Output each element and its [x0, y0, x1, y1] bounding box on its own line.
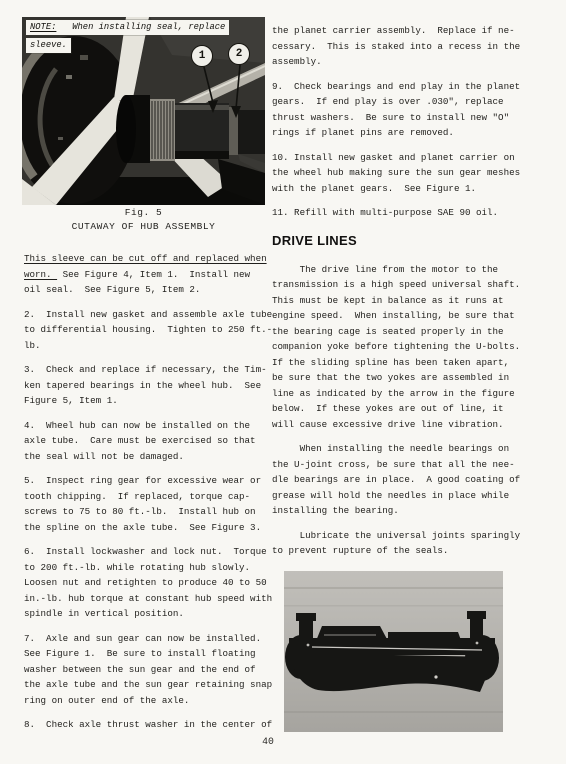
step-paragraph-5: 5. Inspect ring gear for excessive wear …: [24, 473, 280, 535]
note-label: NOTE:: [30, 22, 56, 32]
step-paragraph-10: 10. Install new gasket and planet carrie…: [272, 150, 534, 197]
step-paragraph-8: 8. Check axle thrust washer in the cente…: [24, 717, 280, 733]
drive-shaft-photo: [284, 571, 503, 732]
section-heading-drive-lines: DRIVE LINES: [272, 233, 534, 248]
step-paragraph-2: 2. Install new gasket and assemble axle …: [24, 307, 280, 354]
step-paragraph-6: 6. Install lockwasher and lock nut. Torq…: [24, 544, 280, 622]
figure-caption-subtitle: CUTAWAY OF HUB ASSEMBLY: [22, 221, 265, 232]
body-paragraph-2: When installing the needle bearings on t…: [272, 441, 534, 519]
step-paragraph-7: 7. Axle and sun gear can now be installe…: [24, 631, 280, 709]
page-number: 40: [244, 736, 292, 747]
continued-paragraph: the planet carrier assembly. Replace if …: [272, 23, 534, 70]
step-paragraph-4: 4. Wheel hub can now be installed on the…: [24, 418, 280, 465]
hub-cutaway-figure: NOTE: When installing seal, replace slee…: [22, 17, 265, 205]
callout-2: 2: [228, 43, 250, 65]
step-paragraph-11: 11. Refill with multi-purpose SAE 90 oil…: [272, 205, 534, 221]
note-overlay-line1: NOTE: When installing seal, replace: [26, 20, 229, 35]
note-text: When installing seal, replace: [56, 22, 225, 32]
figure-caption-title: Fig. 5: [22, 207, 265, 218]
body-paragraph-3: Lubricate the universal joints sparingly…: [272, 528, 534, 559]
right-column: the planet carrier assembly. Replace if …: [272, 23, 534, 568]
step-paragraph-1: This sleeve can be cut off and replaced …: [24, 251, 280, 298]
step-paragraph-3: 3. Check and replace if necessary, the T…: [24, 362, 280, 409]
drive-shaft-figure: [284, 571, 503, 732]
step-paragraph-9: 9. Check bearings and end play in the pl…: [272, 79, 534, 141]
note-overlay-line2: sleeve.: [26, 38, 71, 53]
left-column: This sleeve can be cut off and replaced …: [24, 251, 280, 742]
callout-1: 1: [191, 45, 213, 67]
manual-page: NOTE: When installing seal, replace slee…: [0, 0, 566, 764]
paragraph-text: See Figure 4, Item 1. Install new oil se…: [24, 269, 250, 296]
body-paragraph-1: The drive line from the motor to the tra…: [272, 262, 534, 433]
